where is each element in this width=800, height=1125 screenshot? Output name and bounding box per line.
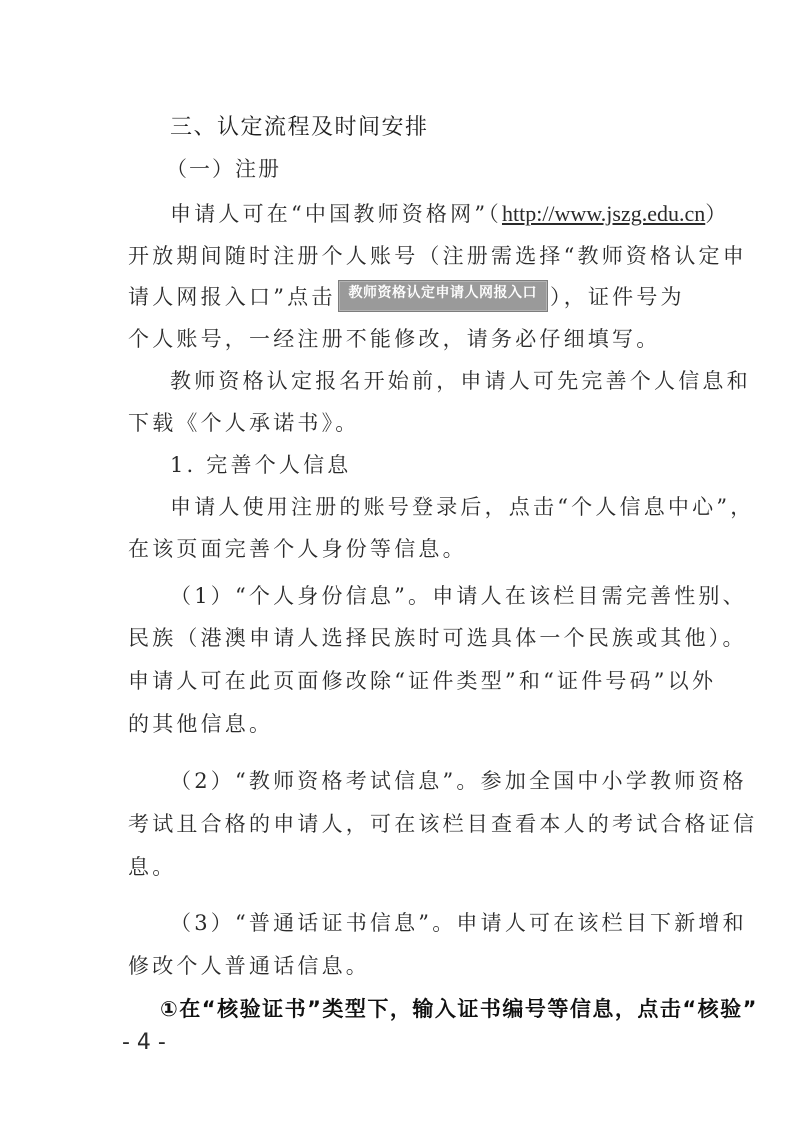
paragraph-line: 教师资格认定报名开始前，申请人可先完善个人信息和 <box>170 365 751 395</box>
paragraph-line: 申请人可在此页面修改除“证件类型”和“证件号码”以外 <box>128 665 716 695</box>
paragraph-line: 息。 <box>128 851 176 881</box>
paragraph-line: 在该页面完善个人身份等信息。 <box>128 533 467 563</box>
page-number: - 4 - <box>122 1030 166 1055</box>
item-heading: 1. 完善个人信息 <box>170 449 352 479</box>
paragraph-line: 申请人使用注册的账号登录后，点击“个人信息中心”， <box>170 491 754 521</box>
paragraph-line: ①在“核验证书”类型下，输入证书编号等信息，点击“核验” <box>160 993 758 1023</box>
paragraph-line: 考试且合格的申请人，可在该栏目查看本人的考试合格证信 <box>128 808 757 838</box>
paragraph-line: （1）“个人身份信息”。申请人在该栏目需完善性别、 <box>170 580 747 610</box>
jszg-link[interactable]: http://www.jszg.edu.cn <box>502 201 705 226</box>
text: ），证件号为 <box>550 285 685 309</box>
paragraph-line: 个人账号，一经注册不能修改，请务必仔细填写。 <box>128 323 660 353</box>
text: 请人网报入口”点击 <box>128 285 336 309</box>
applicant-portal-button[interactable]: 教师资格认定申请人网报入口 <box>338 280 549 312</box>
text: ） <box>705 202 729 226</box>
section-heading: 三、认定流程及时间安排 <box>170 110 429 141</box>
paragraph-line: 修改个人普通话信息。 <box>128 950 370 980</box>
paragraph-line: 开放期间随时注册个人账号（注册需选择“教师资格认定申 <box>128 240 747 270</box>
paragraph-line: （2）“教师资格考试信息”。参加全国中小学教师资格 <box>170 765 747 795</box>
paragraph-line: 民族（港澳申请人选择民族时可选具体一个民族或其他）。 <box>128 622 747 652</box>
paragraph-line: 下载《个人承诺书》。 <box>128 407 360 437</box>
text: 申请人可在“中国教师资格网”（ <box>170 202 502 226</box>
paragraph-line: （3）“普通话证书信息”。申请人可在该栏目下新增和 <box>170 907 747 937</box>
subsection-heading: （一）注册 <box>166 153 281 183</box>
paragraph-line: 申请人可在“中国教师资格网”（http://www.jszg.edu.cn） <box>170 198 729 228</box>
paragraph-line: 请人网报入口”点击教师资格认定申请人网报入口），证件号为 <box>128 281 685 315</box>
paragraph-line: 的其他信息。 <box>128 708 273 738</box>
